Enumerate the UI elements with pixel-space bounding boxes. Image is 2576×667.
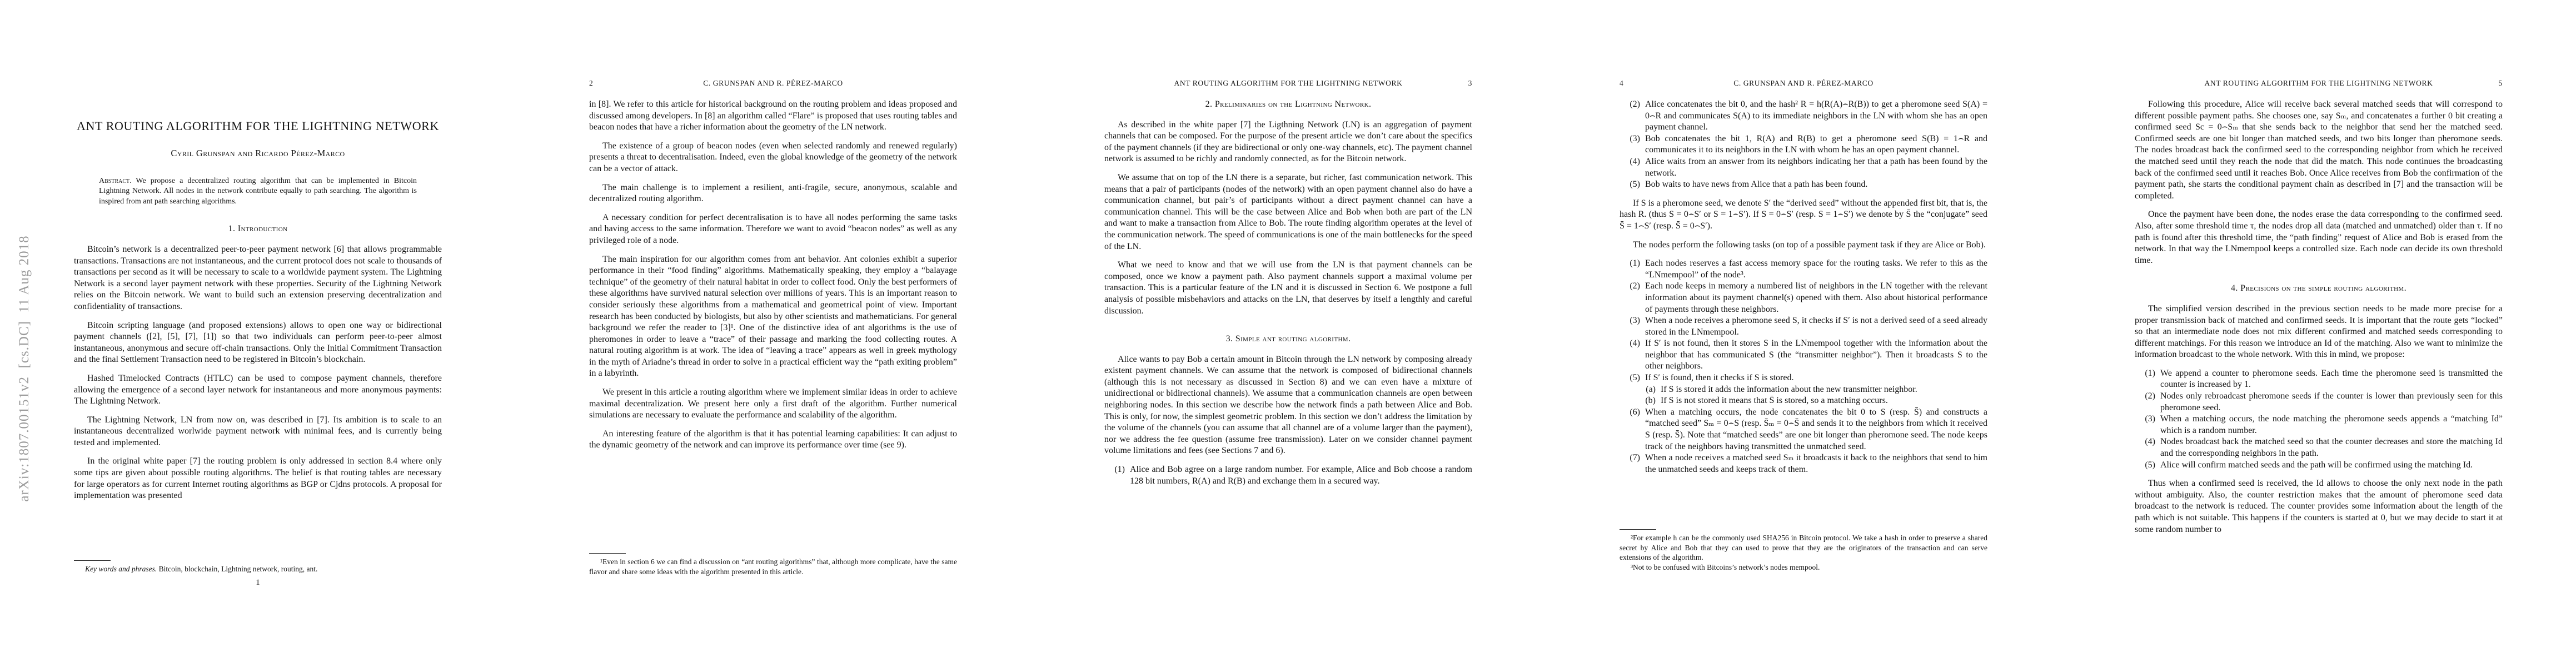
paragraph: Bitcoin’s network is a decentralized pee… [74,244,442,313]
list-item: (2) Each node keeps in memory a numbered… [1620,281,1987,315]
footnote-rule [1620,529,1656,530]
list-subitem: (b) If S is not stored it means that S̄ … [1638,395,1987,407]
list-item-text: If S is not stored it means that S̄ is s… [1661,395,1987,407]
list-item-text: Alice and Bob agree on a large random nu… [1130,464,1472,487]
list-item-text: Each nodes reserves a fast access memory… [1645,258,1987,281]
list-item-text: When a node receives a pheromone seed S,… [1645,315,1987,338]
list-item-marker: (5) [1620,179,1645,191]
running-head-page-number: 3 [1468,79,1472,88]
paragraph: A necessary condition for perfect decent… [589,212,957,247]
list-item-marker: (7) [1620,452,1645,475]
list-item-marker: (4) [1620,338,1645,372]
paper-authors: Cyril Grunspan and Ricardo Pérez-Marco [74,148,442,160]
page-number: 1 [74,578,442,588]
arxiv-watermark: arXiv:1807.00151v2 [cs.DC] 11 Aug 2018 [17,235,32,501]
list-item: (4) Alice waits from an answer from its … [1620,156,1987,179]
list-item: (3) When a matching occurs, the node mat… [2135,414,2503,436]
keywords-label: Key words and phrases. [85,565,157,573]
paragraph: We assume that on top of the LN there is… [1104,172,1472,252]
list-item-text: Alice waits from an answer from its neig… [1645,156,1987,179]
paper-canvas: arXiv:1807.00151v2 [cs.DC] 11 Aug 2018 A… [0,0,2576,667]
page-4-body: (2) Alice concatenates the bit 0, and th… [1620,99,1987,475]
list-item-text: Nodes broadcast back the matched seed so… [2160,436,2503,459]
page-5: ANT ROUTING ALGORITHM FOR THE LIGHTNING … [2061,0,2576,667]
page-2: 2 C. GRUNSPAN AND R. PÉREZ-MARCO in [8].… [515,0,1030,667]
page-1-footnote-block: Key words and phrases. Bitcoin, blockcha… [74,560,442,588]
list-item: (5) Alice will confirm matched seeds and… [2135,460,2503,471]
abstract: Abstract. We propose a decentralized rou… [99,176,417,207]
list-item-marker: (a) [1638,384,1661,396]
running-head-title: ANT ROUTING ALGORITHM FOR THE LIGHTNING … [2205,79,2433,87]
page-3: ANT ROUTING ALGORITHM FOR THE LIGHTNING … [1030,0,1546,667]
list-item: (2) Alice concatenates the bit 0, and th… [1620,99,1987,133]
running-head: 2 C. GRUNSPAN AND R. PÉREZ-MARCO [589,79,957,88]
abstract-text: We propose a decentralized routing algor… [99,177,417,206]
list-item: (3) Bob concatenates the bit 1, R(A) and… [1620,133,1987,156]
list-item-text: If S′ is found, then it checks if S is s… [1645,372,1987,384]
abstract-label: Abstract. [99,177,132,185]
list-item: (1) We append a counter to pheromone see… [2135,368,2503,391]
list-item-text: When a node receives a matched seed Sₘ i… [1645,452,1987,475]
list-item: (4) Nodes broadcast back the matched see… [2135,436,2503,459]
list-item-text: Bob waits to have news from Alice that a… [1645,179,1987,191]
page-2-footnote-block: ¹Even in section 6 we can find a discuss… [589,553,957,576]
section-3-heading: 3. Simple ant routing algorithm. [1104,333,1472,345]
list-item-marker: (1) [2135,368,2160,391]
paragraph: If S is a pheromone seed, we denote S′ t… [1620,198,1987,232]
list-item: (1) Alice and Bob agree on a large rando… [1104,464,1472,487]
paragraph: We present in this article a routing alg… [589,387,957,421]
running-head: 4 C. GRUNSPAN AND R. PÉREZ-MARCO [1620,79,1987,88]
paragraph: in [8]. We refer to this article for his… [589,99,957,133]
running-head: ANT ROUTING ALGORITHM FOR THE LIGHTNING … [1104,79,1472,88]
footnote-rule [589,553,626,554]
list-item-text: Alice concatenates the bit 0, and the ha… [1645,99,1987,133]
list-item: (1) Each nodes reserves a fast access me… [1620,258,1987,281]
list-item-text: Each node keeps in memory a numbered lis… [1645,281,1987,315]
page-3-body: 2. Preliminaries on the Lightning Networ… [1104,99,1472,487]
list-item-marker: (5) [2135,460,2160,471]
page-4-footnote-block: ²For example h can be the commonly used … [1620,529,1987,572]
list-subitem: (a) If S is stored it adds the informati… [1638,384,1987,396]
paragraph: Hashed Timelocked Contracts (HTLC) can b… [74,373,442,407]
list-item-text: If S is stored it adds the information a… [1661,384,1987,396]
paragraph: The simplified version described in the … [2135,303,2503,361]
paragraph: Alice wants to pay Bob a certain amount … [1104,354,1472,457]
running-head-page-number: 2 [589,79,593,88]
list-item: (2) Nodes only rebroadcast pheromone see… [2135,391,2503,414]
list-item-marker: (1) [1620,258,1645,281]
page-1-body: ANT ROUTING ALGORITHM FOR THE LIGHTNING … [74,119,442,502]
list-item-marker: (4) [1620,156,1645,179]
paragraph: The existence of a group of beacon nodes… [589,141,957,175]
list-item-text: When a matching occurs, the node matchin… [2160,414,2503,436]
footnote-3: ³Not to be confused with Bitcoins’s netw… [1620,563,1987,573]
list-item-marker: (1) [1104,464,1130,487]
section-1-heading: 1. Introduction [74,223,442,235]
list-item-marker: (2) [1620,99,1645,133]
running-head-page-number: 4 [1620,79,1623,88]
paragraph: As described in the white paper [7] the … [1104,120,1472,165]
paragraph: The Lightning Network, LN from now on, w… [74,415,442,449]
paper-title: ANT ROUTING ALGORITHM FOR THE LIGHTNING … [74,119,442,133]
paragraph: Bitcoin scripting language (and proposed… [74,320,442,366]
list-item-marker: (4) [2135,436,2160,459]
list-item: (4) If S′ is not found, then it stores S… [1620,338,1987,372]
list-item: (5) If S′ is found, then it checks if S … [1620,372,1987,384]
running-head-title: C. GRUNSPAN AND R. PÉREZ-MARCO [1733,79,1874,87]
running-head-title: C. GRUNSPAN AND R. PÉREZ-MARCO [703,79,843,87]
list-item-marker: (2) [2135,391,2160,414]
paragraph: Thus when a confirmed seed is received, … [2135,478,2503,535]
list-item-text: Bob concatenates the bit 1, R(A) and R(B… [1645,133,1987,156]
list-item-text: When a matching occurs, the node concate… [1645,407,1987,452]
paragraph: Following this procedure, Alice will rec… [2135,99,2503,202]
running-head: ANT ROUTING ALGORITHM FOR THE LIGHTNING … [2135,79,2503,88]
list-item: (6) When a matching occurs, the node con… [1620,407,1987,452]
footnote-1: ¹Even in section 6 we can find a discuss… [589,557,957,576]
section-2-heading: 2. Preliminaries on the Lightning Networ… [1104,99,1472,111]
footnote-rule [74,560,111,561]
page-4: 4 C. GRUNSPAN AND R. PÉREZ-MARCO (2) Ali… [1546,0,2061,667]
paragraph: An interesting feature of the algorithm … [589,429,957,451]
running-head-title: ANT ROUTING ALGORITHM FOR THE LIGHTNING … [1174,79,1403,87]
keywords-text: Bitcoin, blockchain, Lightning network, … [159,565,318,573]
list-item-text: Alice will confirm matched seeds and the… [2160,460,2503,471]
list-item-marker: (5) [1620,372,1645,384]
paragraph: Once the payment have been done, the nod… [2135,209,2503,266]
paragraph: The main inspiration for our algorithm c… [589,254,957,380]
list-item-marker: (b) [1638,395,1661,407]
list-item-text: If S′ is not found, then it stores S in … [1645,338,1987,372]
list-item: (5) Bob waits to have news from Alice th… [1620,179,1987,191]
paragraph: The main challenge is to implement a res… [589,182,957,205]
list-item-marker: (3) [1620,133,1645,156]
list-item-marker: (3) [1620,315,1645,338]
list-item-text: Nodes only rebroadcast pheromone seeds i… [2160,391,2503,414]
page-1: arXiv:1807.00151v2 [cs.DC] 11 Aug 2018 A… [0,0,515,667]
paragraph: In the original white paper [7] the rout… [74,456,442,501]
section-4-heading: 4. Precisions on the simple routing algo… [2135,283,2503,295]
list-item-text: We append a counter to pheromone seeds. … [2160,368,2503,391]
footnote-2: ²For example h can be the commonly used … [1620,533,1987,563]
list-item: (3) When a node receives a pheromone see… [1620,315,1987,338]
list-item-marker: (2) [1620,281,1645,315]
list-item: (7) When a node receives a matched seed … [1620,452,1987,475]
keywords-line: Key words and phrases. Bitcoin, blockcha… [74,564,442,574]
page-2-body: in [8]. We refer to this article for his… [589,99,957,451]
list-item-marker: (6) [1620,407,1645,452]
page-5-body: Following this procedure, Alice will rec… [2135,99,2503,535]
paragraph: The nodes perform the following tasks (o… [1620,240,1987,251]
running-head-page-number: 5 [2499,79,2503,88]
paragraph: What we need to know and that we will us… [1104,260,1472,317]
list-item-marker: (3) [2135,414,2160,436]
